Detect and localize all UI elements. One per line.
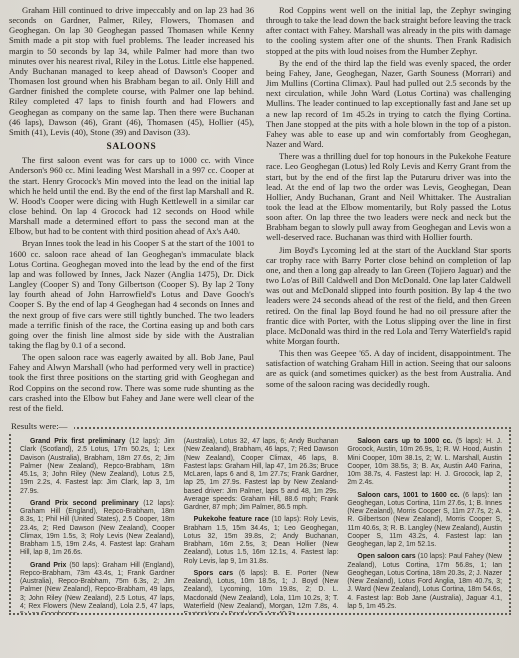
result-body: (5 laps): H. J. Grocock, Austin, 10m 26.… xyxy=(347,438,502,486)
result-entry-saloon-1600cc: Saloon cars, 1001 to 1600 cc. (6 laps): … xyxy=(347,492,502,550)
results-column-1: Grand Prix first preliminary (12 laps): … xyxy=(20,438,175,609)
result-entry-gp-first-prelim: Grand Prix first preliminary (12 laps): … xyxy=(20,438,175,496)
result-body: (10 laps): Roly Levis, Brabham 1.5, 15m … xyxy=(184,516,339,564)
results-column-3: Saloon cars up to 1000 cc. (5 laps): H. … xyxy=(347,438,502,609)
result-entry-saloon-1000cc: Saloon cars up to 1000 cc. (5 laps): H. … xyxy=(347,438,502,488)
paragraph-sports-car-trophy: Jim Boyd's Lycoming led at the start of … xyxy=(266,245,511,347)
result-title: Saloon cars up to 1000 cc. xyxy=(357,438,452,445)
result-title: Spors cars xyxy=(194,570,233,577)
result-body: (12 laps): Graham Hill (England), Repco-… xyxy=(20,500,175,557)
result-title: Pukekohe feature race xyxy=(194,516,269,523)
results-label: Results were:— xyxy=(9,421,74,432)
result-entry-open-saloon: Open saloon cars (10 laps): Paul Fahey (… xyxy=(347,553,502,611)
paragraph-pukekohe-feature: There was a thrilling duel for top honou… xyxy=(266,151,511,242)
result-entry-pukekohe-feature: Pukekohe feature race (10 laps): Roly Le… xyxy=(184,516,339,566)
article-body: Graham Hill continued to drive impeccabl… xyxy=(9,5,511,415)
results-column-2: (Australia), Lotus 32, 47 laps, 6; Andy … xyxy=(184,438,339,609)
results-box: Grand Prix first preliminary (12 laps): … xyxy=(9,427,511,615)
results-section: Results were:— Grand Prix first prelimin… xyxy=(9,427,511,615)
result-title: Grand Prix first preliminary xyxy=(30,438,125,445)
magazine-page: Graham Hill continued to drive impeccabl… xyxy=(0,0,519,658)
right-column: Rod Coppins went well on the initial lap… xyxy=(266,5,511,415)
result-entry-sports-cars: Spors cars (6 laps): B. E. Porter (New Z… xyxy=(184,570,339,615)
result-body: (10 laps): Paul Fahey (New Zealand), Lot… xyxy=(347,553,502,610)
paragraph-conclusion: This then was Geepee '65. A day of incid… xyxy=(266,348,511,389)
result-entry-grand-prix-continued: (Australia), Lotus 32, 47 laps, 6; Andy … xyxy=(184,438,339,512)
saloons-heading: SALOONS xyxy=(9,142,254,152)
result-body: (6 laps): Ian Geoghegan, Lotus Cortina, … xyxy=(347,492,502,549)
result-title: Open saloon cars xyxy=(357,553,415,560)
paragraph-saloon-1600cc: Bryan Innes took the lead in his Cooper … xyxy=(9,238,254,350)
result-entry-gp-second-prelim: Grand Prix second preliminary (12 laps):… xyxy=(20,500,175,558)
result-body: (12 laps): Jim Clark (Scotland), 2.5 Lot… xyxy=(20,438,175,495)
left-column: Graham Hill continued to drive impeccabl… xyxy=(9,5,254,415)
result-title: Saloon cars, 1001 to 1600 cc. xyxy=(357,492,459,499)
result-body: (50 laps): Graham Hill (England), Repco-… xyxy=(20,562,175,616)
result-title: Grand Prix second preliminary xyxy=(30,500,139,507)
paragraph-open-saloon: The open saloon race was eagerly awaited… xyxy=(9,352,254,413)
paragraph-third-lap: By the end of the third lap the field wa… xyxy=(266,58,511,149)
paragraph-race-report: Graham Hill continued to drive impeccabl… xyxy=(9,5,254,137)
paragraph-coppins: Rod Coppins went well on the initial lap… xyxy=(266,5,511,56)
result-body: (Australia), Lotus 32, 47 laps, 6; Andy … xyxy=(184,438,339,511)
result-title: Grand Prix xyxy=(30,562,66,569)
result-entry-grand-prix: Grand Prix (50 laps): Graham Hill (Engla… xyxy=(20,562,175,616)
paragraph-saloon-1000cc: The first saloon event was for cars up t… xyxy=(9,155,254,236)
